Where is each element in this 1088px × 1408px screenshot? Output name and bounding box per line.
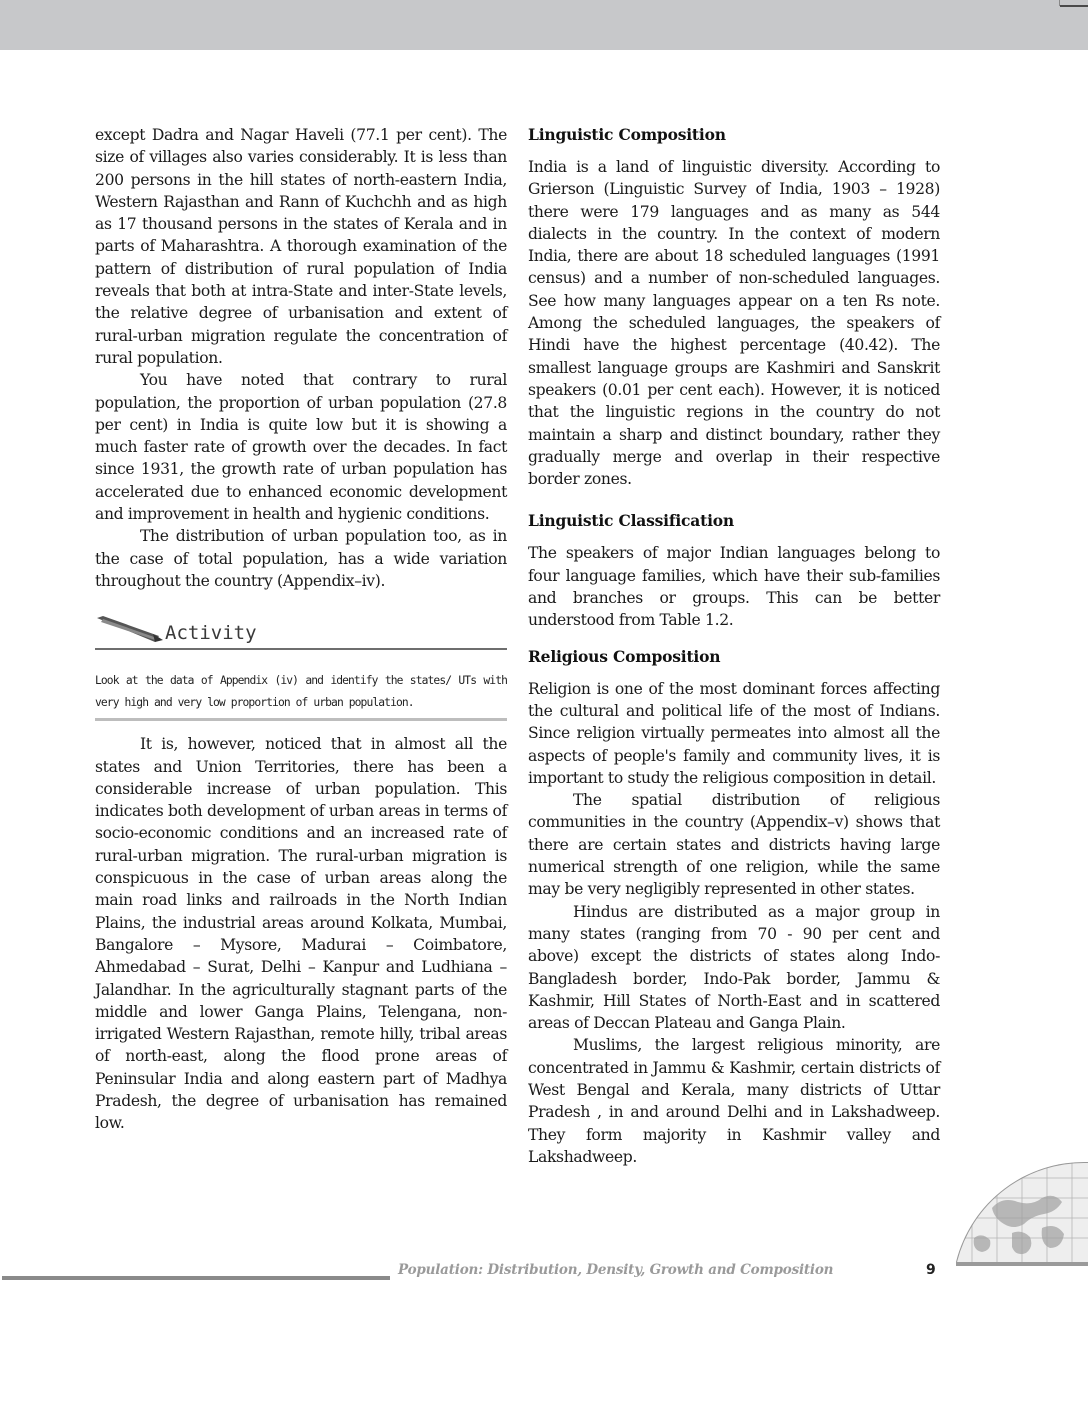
paragraph: It is, however, noticed that in almost a… — [95, 733, 507, 1134]
activity-text: Look at the data of Appendix (iv) and id… — [95, 670, 507, 714]
paragraph: You have noted that contrary to rural po… — [95, 369, 507, 525]
paragraph: The spatial distribution of religious co… — [528, 789, 940, 900]
globe-map-icon — [952, 1158, 1088, 1268]
right-column: Linguistic Composition India is a land o… — [528, 124, 940, 1168]
paragraph: The speakers of major Indian languages b… — [528, 542, 940, 631]
activity-title: Activity — [165, 622, 257, 644]
paragraph: India is a land of linguistic diversity.… — [528, 156, 940, 490]
paragraph: Muslims, the largest religious minority,… — [528, 1034, 940, 1168]
footer-rule — [2, 1276, 390, 1280]
section-heading-linguistic-composition: Linguistic Composition — [528, 124, 940, 146]
activity-box: Activity — [95, 612, 507, 664]
running-footer: Population: Distribution, Density, Growt… — [398, 1262, 833, 1278]
paragraph: Hindus are distributed as a major group … — [528, 901, 940, 1035]
paragraph: Religion is one of the most dominant for… — [528, 678, 940, 789]
paragraph: The distribution of urban population too… — [95, 525, 507, 592]
divider — [95, 648, 507, 650]
paragraph: except Dadra and Nagar Haveli (77.1 per … — [95, 124, 507, 369]
left-column: except Dadra and Nagar Haveli (77.1 per … — [95, 124, 507, 1135]
pencil-icon — [97, 616, 163, 642]
page-number: 9 — [926, 1262, 936, 1278]
section-heading-linguistic-classification: Linguistic Classification — [528, 510, 940, 532]
crop-mark — [1060, 5, 1088, 7]
crop-mark-tick — [1059, 0, 1060, 6]
section-heading-religious-composition: Religious Composition — [528, 646, 940, 668]
divider — [95, 718, 507, 721]
top-header-band — [0, 0, 1088, 50]
